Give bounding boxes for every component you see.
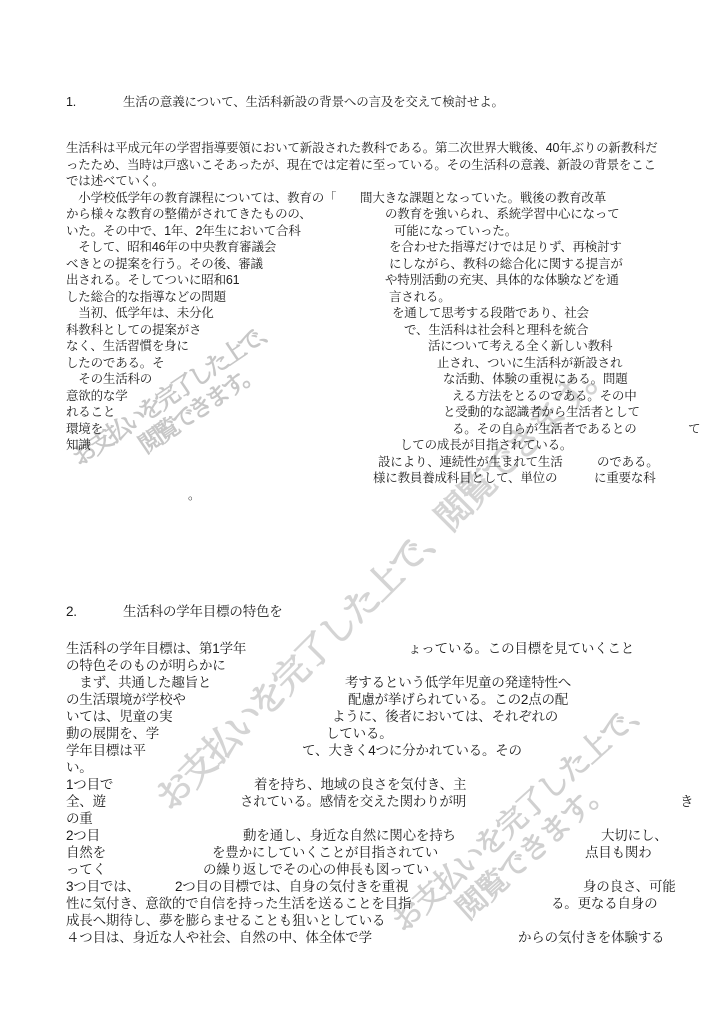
text-segment: 意欲的な学 bbox=[66, 388, 128, 404]
text-line: なく、生活習慣を身に活について考える全く新しい教科 bbox=[0, 338, 724, 355]
text-line: ４つ目は、身近な人や社会、自然の中、体全体で学からの気付きを体験する bbox=[0, 930, 724, 947]
text-line: 生活科は平成元年の学習指導要領において新設された教科である。第二次世界大戦後、4… bbox=[0, 140, 724, 157]
text-line: 生活科の学年目標は、第1学年ょっている。この目標を見ていくこと bbox=[0, 641, 724, 658]
text-segment: 動を通し、身近な自然に関心を持ち bbox=[243, 828, 456, 844]
text-segment: 動の展開を、学 bbox=[66, 726, 159, 742]
text-segment: 点目も関わ bbox=[585, 845, 652, 861]
text-segment: の生活環境が学校や bbox=[66, 692, 186, 708]
text-line: い。 bbox=[0, 760, 724, 777]
text-segment: されている。感情を交えた関わりが明 bbox=[240, 794, 466, 810]
text-segment: 学年目標は平 bbox=[66, 743, 146, 759]
text-segment: 。 bbox=[188, 487, 200, 503]
text-segment: 出される。そしてついに昭和61 bbox=[66, 272, 239, 288]
text-segment: いた。その中で、1年、2年生において合科 bbox=[66, 223, 301, 239]
text-line: ったため、当時は戸惑いこそあったが、現在では定着に至っている。その生活科の意義、… bbox=[0, 157, 724, 174]
text-line: れることと受動的な認識者から生活者として bbox=[0, 404, 724, 421]
text-segment: 自然を bbox=[66, 845, 106, 861]
text-segment: の教育を強いられ、系統学習中心になって bbox=[385, 206, 619, 222]
text-segment: 知識 bbox=[66, 437, 91, 453]
text-line: 自然をを豊かにしていくことが目指されてい点目も関わ bbox=[0, 845, 724, 862]
text-segment: ように、後者においては、それぞれの bbox=[332, 709, 558, 725]
text-line: の特色そのものが明らかに bbox=[0, 658, 724, 675]
text-segment: 生活科の学年目標は、第1学年 bbox=[66, 641, 246, 657]
text-segment: える方法をとるのである。その中 bbox=[452, 388, 637, 404]
text-segment: 当初、低学年は、未分化 bbox=[66, 305, 214, 321]
document-text-layer: 1.生活の意義について、生活科新設の背景への言及を交えて検討せよ。生活科は平成元… bbox=[0, 0, 724, 1024]
text-segment: て、大きく4つに分かれている。その bbox=[302, 743, 522, 759]
text-segment: れること bbox=[66, 404, 115, 420]
text-segment: 性に気付き、意欲的で自信を持った生活を送ることを目指 bbox=[66, 896, 411, 912]
text-line: いた。その中で、1年、2年生において合科可能になっていった。 bbox=[0, 223, 724, 240]
text-segment: の特色そのものが明らかに bbox=[66, 658, 226, 674]
text-line: 。 bbox=[0, 487, 724, 504]
text-line: いては、児童の実ように、後者においては、それぞれの bbox=[0, 709, 724, 726]
text-segment: て bbox=[688, 421, 700, 437]
text-line: 学年目標は平て、大きく4つに分かれている。その bbox=[0, 743, 724, 760]
text-line: 1つ目で着を持ち、地域の良さを気付き、主 bbox=[0, 777, 724, 794]
text-segment: い。 bbox=[66, 760, 93, 776]
section-number: 2. bbox=[66, 604, 77, 620]
text-segment: 小学校低学年の教育課程については、教育の「 bbox=[66, 190, 336, 206]
text-line: まず、共通した趣旨と考するという低学年児童の発達特性へ bbox=[0, 675, 724, 692]
text-segment: や特別活動の充実、具体的な体験などを通 bbox=[385, 272, 619, 288]
text-line: 設により、連続性が生まれて生活のである。 bbox=[0, 454, 724, 471]
text-segment: 考するという低学年児童の発達特性へ bbox=[345, 675, 571, 691]
text-segment: 設により、連続性が生まれて生活 bbox=[378, 454, 563, 470]
section-number: 1. bbox=[66, 94, 76, 110]
text-segment: した総合的な指導などの問題 bbox=[66, 289, 226, 305]
text-line: 1.生活の意義について、生活科新設の背景への言及を交えて検討せよ。 bbox=[0, 94, 724, 111]
text-line: 出される。そしてついに昭和61や特別活動の充実、具体的な体験などを通 bbox=[0, 272, 724, 289]
text-segment: から様々な教育の整備がされてきたものの、 bbox=[66, 206, 312, 222]
document-page: お支払いを完了した上で、閲覧できます。お支払いを完了した上で、閲覧できます。お支… bbox=[0, 0, 724, 1024]
text-segment: 大切にし、 bbox=[601, 828, 668, 844]
text-segment: 環境を bbox=[66, 421, 103, 437]
section-title: 生活の意義について、生活科新設の背景への言及を交えて検討せよ。 bbox=[123, 94, 504, 110]
text-segment: 1つ目で bbox=[66, 777, 113, 793]
text-segment: いては、児童の実 bbox=[66, 709, 172, 725]
text-segment: している。 bbox=[326, 726, 393, 742]
text-segment: ４つ目は、身近な人や社会、自然の中、体全体で学 bbox=[66, 930, 372, 946]
text-segment: 止され、ついに生活科が新設され bbox=[437, 355, 622, 371]
text-line: ってくの繰り返しでその心の伸長も図ってい bbox=[0, 862, 724, 879]
text-line: 全、遊されている。感情を交えた関わりが明き bbox=[0, 794, 724, 811]
text-segment: の繰り返しでその心の伸長も図ってい bbox=[203, 862, 429, 878]
section-title: 生活科の学年目標の特色を bbox=[123, 604, 283, 620]
text-segment: しての成長が目指されている。 bbox=[400, 437, 572, 453]
text-line: から様々な教育の整備がされてきたものの、の教育を強いられ、系統学習中心になって bbox=[0, 206, 724, 223]
text-line: 小学校低学年の教育課程については、教育の「間大きな課題となっていた。戦後の教育改… bbox=[0, 190, 724, 207]
text-segment: な活動、体験の重視にある。問題 bbox=[443, 371, 628, 387]
text-line: その生活科のな活動、体験の重視にある。問題 bbox=[0, 371, 724, 388]
text-segment: 着を持ち、地域の良さを気付き、主 bbox=[254, 777, 466, 793]
text-line: 様に教員養成科目として、単位のに重要な科 bbox=[0, 470, 724, 487]
text-line: 意欲的な学える方法をとるのである。その中 bbox=[0, 388, 724, 405]
text-line: そして、昭和46年の中央教育審議会を合わせた指導だけでは足りず、再検討す bbox=[0, 239, 724, 256]
text-line: べきとの提案を行う。その後、審議にしながら、教科の総合化に関する提言が bbox=[0, 256, 724, 273]
text-segment: 様に教員養成科目として、単位の bbox=[373, 470, 557, 486]
text-segment: ょっている。この目標を見ていくこと bbox=[408, 641, 634, 657]
text-segment: べきとの提案を行う。その後、審議 bbox=[66, 256, 263, 272]
text-segment: で、生活科は社会科と理科を統合 bbox=[404, 322, 588, 338]
text-segment: なく、生活習慣を身に bbox=[66, 338, 189, 354]
text-segment: その生活科の bbox=[66, 371, 152, 387]
text-segment: 言される。 bbox=[389, 289, 451, 305]
text-line: 3つ目では、2つ目の目標では、自身の気付きを重視身の良さ、可能 bbox=[0, 879, 724, 896]
text-line: 性に気付き、意欲的で自信を持った生活を送ることを目指る。更なる自身の bbox=[0, 896, 724, 913]
text-segment: の重 bbox=[66, 811, 93, 827]
text-segment: き bbox=[680, 794, 693, 810]
text-line: 動の展開を、学している。 bbox=[0, 726, 724, 743]
text-segment: 2つ目 bbox=[66, 828, 100, 844]
text-segment: では述べていく。 bbox=[66, 173, 164, 189]
text-segment: 活について考える全く新しい教科 bbox=[428, 338, 612, 354]
text-segment: そして、昭和46年の中央教育審議会 bbox=[66, 239, 276, 255]
text-segment: 成長へ期待し、夢を膨らませることも狙いとしている bbox=[66, 913, 385, 929]
text-line: の生活環境が学校や配慮が挙げられている。この2点の配 bbox=[0, 692, 724, 709]
text-line: の重 bbox=[0, 811, 724, 828]
text-segment: る。その自らが生活者であるとの bbox=[452, 421, 637, 437]
text-segment: る。更なる自身の bbox=[551, 896, 657, 912]
text-segment: 全、遊 bbox=[66, 794, 106, 810]
text-segment: を通して思考する段階であり、社会 bbox=[392, 305, 589, 321]
text-segment: ってく bbox=[66, 862, 106, 878]
text-line: 当初、低学年は、未分化を通して思考する段階であり、社会 bbox=[0, 305, 724, 322]
text-segment: 配慮が挙げられている。この2点の配 bbox=[348, 692, 568, 708]
text-segment: 可能になっていった。 bbox=[394, 223, 517, 239]
text-segment: のである。 bbox=[597, 454, 659, 470]
text-segment: にしながら、教科の総合化に関する提言が bbox=[389, 256, 623, 272]
text-line: 知識しての成長が目指されている。 bbox=[0, 437, 724, 454]
text-segment: に重要な科 bbox=[594, 470, 656, 486]
text-segment: 科教科としての提案がさ bbox=[66, 322, 201, 338]
text-segment: 3つ目では、 bbox=[66, 879, 140, 895]
text-segment: からの気付きを体験する bbox=[518, 930, 664, 946]
text-line: では述べていく。 bbox=[0, 173, 724, 190]
text-line: したのである。そ止され、ついに生活科が新設され bbox=[0, 355, 724, 372]
text-segment: したのである。そ bbox=[66, 355, 164, 371]
text-line: 2.生活科の学年目標の特色を bbox=[0, 604, 724, 621]
text-segment: を合わせた指導だけでは足りず、再検討す bbox=[389, 239, 622, 255]
text-line: した総合的な指導などの問題言される。 bbox=[0, 289, 724, 306]
text-segment: を豊かにしていくことが目指されてい bbox=[212, 845, 438, 861]
text-line: 成長へ期待し、夢を膨らませることも狙いとしている bbox=[0, 913, 724, 930]
text-segment: 間大きな課題となっていた。戦後の教育改革 bbox=[360, 190, 606, 206]
text-segment: 2つ目の目標では、自身の気付きを重視 bbox=[175, 879, 408, 895]
text-segment: 生活科は平成元年の学習指導要領において新設された教科である。第二次世界大戦後、4… bbox=[66, 140, 658, 156]
text-segment: ったため、当時は戸惑いこそあったが、現在では定着に至っている。その生活科の意義、… bbox=[66, 157, 656, 173]
text-line: 2つ目動を通し、身近な自然に関心を持ち大切にし、 bbox=[0, 828, 724, 845]
text-segment: と受動的な認識者から生活者として bbox=[443, 404, 640, 420]
text-line: 環境をる。その自らが生活者であるとのて bbox=[0, 421, 724, 438]
text-segment: まず、共通した趣旨と bbox=[66, 675, 211, 691]
text-line: 科教科としての提案がさで、生活科は社会科と理科を統合 bbox=[0, 322, 724, 339]
text-segment: 身の良さ、可能 bbox=[583, 879, 676, 895]
